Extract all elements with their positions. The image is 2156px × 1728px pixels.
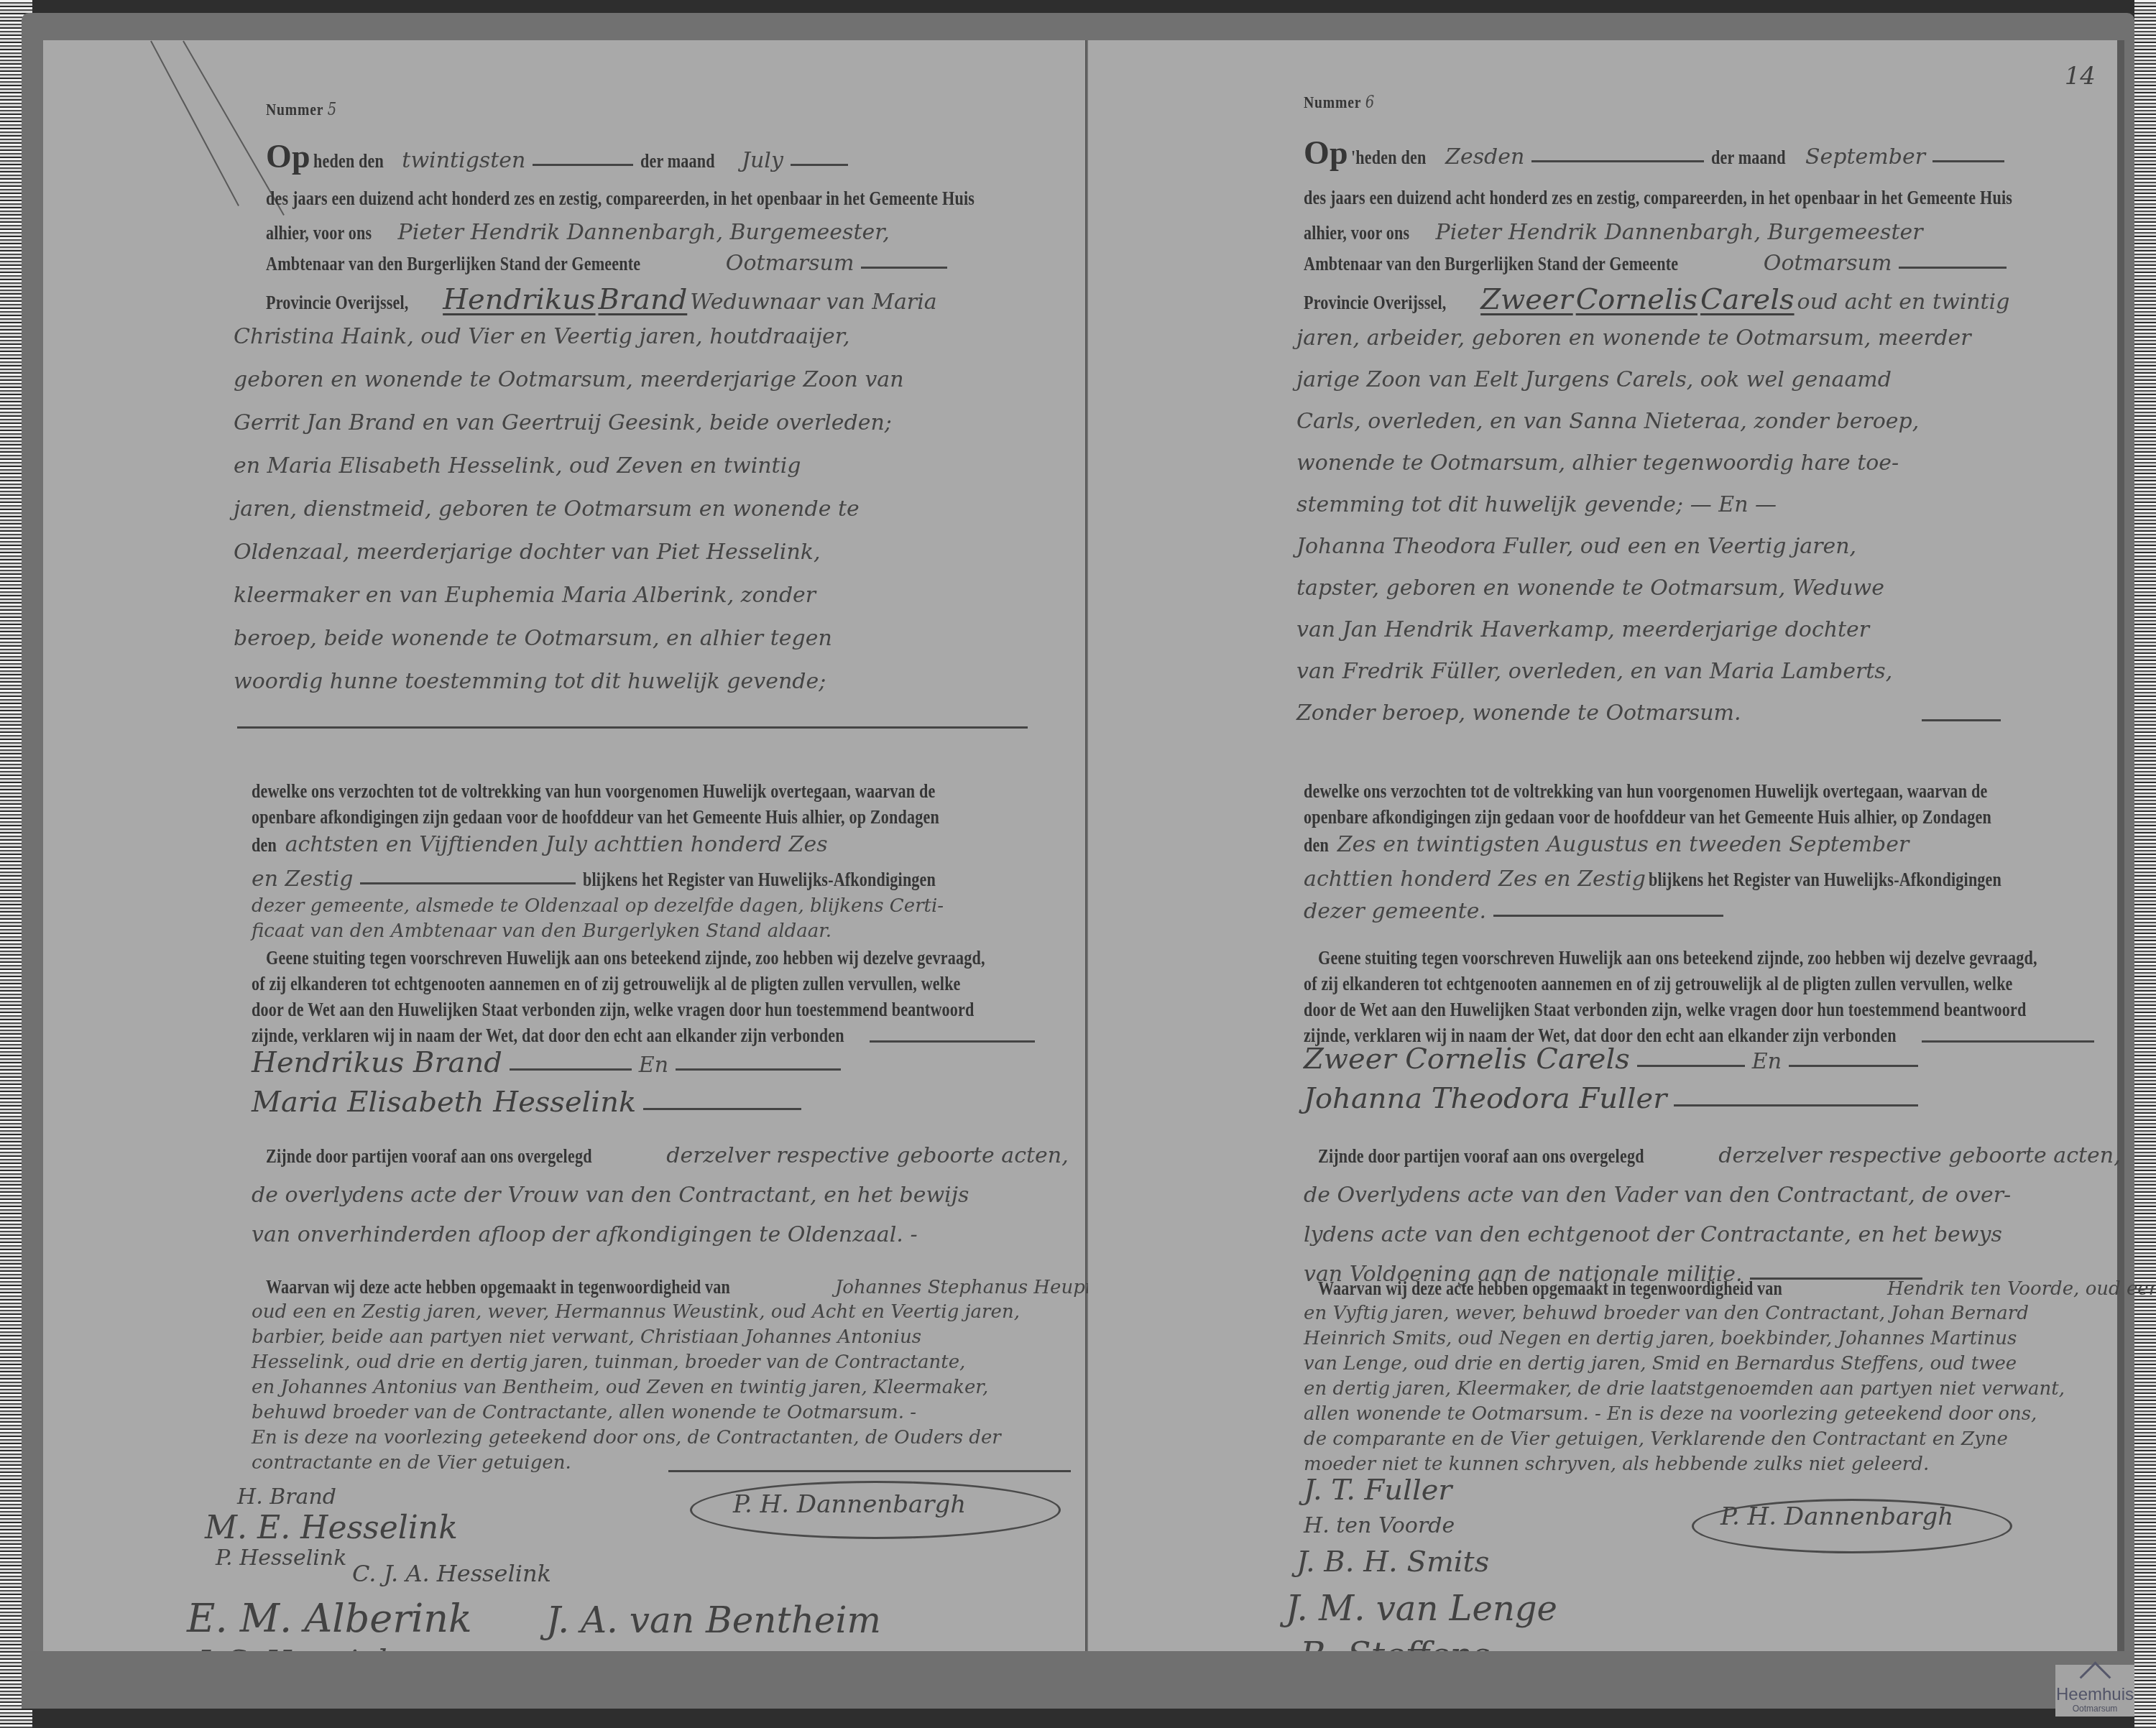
body-hw-line: jaren, dienstmeid, geboren te Ootmarsum … (234, 496, 860, 522)
fill-dash (668, 1470, 1071, 1472)
fill-dash (1922, 719, 2001, 721)
zijnde-hw-2: de overlydens acte der Vrouw van den Con… (252, 1183, 969, 1208)
geene-printed-4: zijnde, verklaren wij in naam der Wet, d… (252, 1025, 975, 1047)
zijnde-line: Zijnde door partijen vooraf aan ons over… (1318, 1143, 2121, 1168)
fill-dash (1531, 160, 1704, 162)
witness-hw: behuwd broeder van de Contractante, alle… (252, 1402, 916, 1423)
body-hw-line: tapster, geboren en wonende te Ootmarsum… (1296, 576, 1884, 601)
zijnde-line: Zijnde door partijen vooraf aan ons over… (266, 1143, 1069, 1168)
body-hw-line: stemming tot dit huwelijk gevende; — En … (1296, 492, 1777, 517)
right-page: 14 Nummer 6 Op 'heden den Zesden der maa… (1088, 40, 2124, 1671)
groom-first-name: Zweer (1480, 283, 1573, 316)
couple-bride-line: Maria Elisabeth Hesselink (252, 1086, 806, 1119)
body-hw-line: Christina Haink, oud Vier en Veertig jar… (234, 324, 849, 349)
witness-hw: en dertig jaren, Kleermaker, de drie laa… (1304, 1378, 2065, 1400)
signature-mother: E. M. Alberink (187, 1596, 472, 1641)
witness-hw: en Vyftig jaren, wever, behuwd broeder v… (1304, 1303, 2029, 1324)
witness-hw: Heinrich Smits, oud Negen en dertig jare… (1304, 1328, 2017, 1349)
nummer-value: 5 (328, 99, 337, 119)
body-hw-line: wonende te Ootmarsum, alhier tegenwoordi… (1296, 451, 1899, 476)
day-handwritten: Zesden (1445, 144, 1524, 170)
scan-edge-right (2134, 0, 2156, 1728)
bride-hw-line: Johanna Theodora Fuller, oud een en Veer… (1296, 534, 1856, 559)
groom-middle-name: Cornelis (1576, 283, 1697, 316)
geene-printed-3: door de Wet aan den Huwelijken Staat ver… (1304, 999, 2026, 1021)
body-hw-line: kleermaker en van Euphemia Maria Alberin… (234, 583, 816, 608)
section-rule (237, 726, 1028, 729)
geene-printed-3: door de Wet aan den Huwelijken Staat ver… (252, 999, 974, 1021)
body-hw-line: van Jan Hendrik Haverkamp, meerderjarige… (1296, 617, 1869, 642)
registrar-line: alhier, voor ons Pieter Hendrik Dannenba… (1304, 220, 1923, 245)
body-hw-line: Gerrit Jan Brand en van Geertruij Geesin… (234, 410, 892, 435)
signature-father: P. Hesselink (216, 1546, 346, 1571)
fill-dash (643, 1108, 801, 1110)
witness-hw: moeder niet te kunnen schryven, als hebb… (1304, 1454, 1929, 1475)
groom-first-name: Hendrikus (443, 283, 595, 316)
body-hw-line: woordig hunne toestemming tot dit huweli… (234, 669, 826, 694)
geene-printed-2: of zij elkanderen tot echtgenooten aanne… (1304, 973, 2013, 995)
afk-printed-2: openbare afkondigingen zijn gedaan voor … (1304, 806, 1991, 828)
witness-hw: barbier, beide aan partyen niet verwant,… (252, 1326, 921, 1348)
gemeente-line: Ambtenaar van den Burgerlijken Stand der… (266, 251, 952, 276)
registrar-name-hw: Pieter Hendrik Dannenbargh, Burgemeester (1435, 220, 1922, 245)
gemeente-line: Ambtenaar van den Burgerlijken Stand der… (1304, 251, 2011, 276)
printed-year-line: des jaars een duizend acht honderd zes e… (266, 188, 975, 210)
waarvan-line: Waarvan wij deze acte hebben opgemaakt i… (1318, 1277, 2156, 1300)
registrar-line: alhier, voor ons Pieter Hendrik Dannenba… (266, 220, 890, 245)
date-line: Op 'heden den Zesden der maand September (1304, 134, 2009, 172)
afk-printed-1: dewelke ons verzochten tot de voltrekkin… (1304, 780, 1987, 803)
body-hw-line: Carls, overleden, en van Sanna Nieteraa,… (1296, 409, 1919, 434)
month-handwritten: September (1805, 144, 1925, 170)
nummer-label: Nummer 5 (266, 99, 337, 120)
signature-witness-smits: J. B. H. Smits (1296, 1546, 1489, 1579)
signature-witness-cja: C. J. A. Hesselink (352, 1560, 551, 1587)
afk-dates-line: den achtsten en Vijftienden July achttie… (252, 832, 828, 857)
afk-hw-3: dezer gemeente, alsmede te Oldenzaal op … (252, 895, 944, 917)
fill-dash (1899, 267, 2007, 269)
nummer-label: Nummer 6 (1304, 92, 1375, 113)
body-hw-line: geboren en wonende te Ootmarsum, meerder… (234, 367, 904, 392)
afk-register-line: achttien honderd Zes en Zestig blijkens … (1304, 867, 2079, 892)
signature-registrar: P. H. Dannenbargh (733, 1490, 966, 1519)
signature-witness-lenge: J. M. van Lenge (1286, 1589, 1557, 1629)
pencil-stroke (150, 41, 239, 207)
witness-hw: Hesselink, oud drie en dertig jaren, tui… (252, 1352, 965, 1373)
fill-dash (1932, 160, 2004, 162)
witness-hw: En is deze na voorlezing geteekend door … (252, 1427, 1001, 1449)
body-hw-line: jaren, arbeider, geboren en wonende te O… (1296, 325, 1971, 351)
left-page: Nummer 5 Op heden den twintigsten der ma… (43, 40, 1087, 1671)
fill-dash (1493, 915, 1723, 917)
body-hw-line: beroep, beide wonende te Ootmarsum, en a… (234, 626, 832, 651)
fill-dash (1637, 1065, 1745, 1067)
fill-dash (1922, 1040, 2094, 1043)
groom-last-name: Carels (1700, 283, 1795, 316)
printed-year-line: des jaars een duizend acht honderd zes e… (1304, 187, 2012, 209)
afk-hw-3: dezer gemeente. (1304, 899, 1728, 924)
body-hw-line: Oldenzaal, meerderjarige dochter van Pie… (234, 540, 821, 565)
witness-hw: van Lenge, oud drie en dertig jaren, Smi… (1304, 1353, 2017, 1374)
fill-dash (1789, 1065, 1918, 1067)
geene-printed-1: Geene stuiting tegen voorschreven Huweli… (1318, 947, 2037, 969)
couple-bride-line: Johanna Theodora Fuller (1304, 1082, 1922, 1115)
folio-number: 14 (2065, 62, 2096, 91)
signature-bride: J. T. Fuller (1304, 1474, 1452, 1507)
afk-hw-4: ficaat van den Ambtenaar van den Burgerl… (252, 920, 831, 942)
afk-printed-1: dewelke ons verzochten tot de voltrekkin… (252, 780, 935, 803)
fill-dash (676, 1068, 841, 1071)
body-hw-line: van Fredrik Füller, overleden, en van Ma… (1296, 659, 1892, 684)
fill-dash (870, 1040, 1035, 1043)
fill-dash (1674, 1104, 1918, 1106)
day-handwritten: twintigsten (402, 148, 525, 173)
register-book: Nummer 5 Op heden den twintigsten der ma… (22, 13, 2134, 1709)
fill-dash (791, 164, 848, 166)
witness-hw: contractante en de Vier getuigen. (252, 1452, 571, 1474)
groom-last-name: Brand (599, 283, 688, 316)
nummer-value: 6 (1365, 92, 1375, 112)
body-hw-line: jarige Zoon van Eelt Jurgens Carels, ook… (1296, 367, 1892, 392)
zijnde-hw-3: lydens acte van den echtgenoot der Contr… (1304, 1222, 2002, 1247)
registrar-name-hw: Pieter Hendrik Dannenbargh, Burgemeester… (397, 220, 889, 245)
book-bottom-edge (22, 1651, 2134, 1709)
groom-line: Provincie Overijssel, Zweer Cornelis Car… (1304, 283, 2009, 316)
fill-dash (510, 1068, 632, 1071)
witness-hw: oud een en Zestig jaren, wever, Hermannu… (252, 1301, 1020, 1323)
zijnde-hw-2: de Overlydens acte van den Vader van den… (1304, 1183, 2011, 1208)
month-handwritten: July (742, 148, 783, 173)
fill-dash (861, 267, 947, 269)
gemeente-hw: Ootmarsum (1764, 251, 1892, 276)
fill-dash (533, 164, 633, 166)
groom-line: Provincie Overijssel, Hendrikus Brand We… (266, 283, 937, 316)
bride-hw-line: en Maria Elisabeth Hesselink, oud Zeven … (234, 453, 801, 479)
witness-hw: en Johannes Antonius van Bentheim, oud Z… (252, 1377, 988, 1398)
geene-printed-1: Geene stuiting tegen voorschreven Huweli… (266, 947, 985, 969)
zijnde-hw-3: van onverhinderden afloop der afkondigin… (252, 1222, 918, 1247)
signature-witness-tv: H. ten Voorde (1304, 1513, 1455, 1538)
signature-registrar: P. H. Dannenbargh (1720, 1502, 1953, 1531)
date-line: Op heden den twintigsten der maand July (266, 137, 852, 175)
witness-hw: allen wonende te Ootmarsum. - En is deze… (1304, 1403, 2037, 1425)
geene-printed-2: of zij elkanderen tot echtgenooten aanne… (252, 973, 961, 995)
gemeente-hw: Ootmarsum (726, 251, 854, 276)
signature-witness-vb: J. A. van Bentheim (546, 1599, 881, 1641)
couple-groom-line: Zweer Cornelis Carels En (1304, 1043, 1922, 1076)
signature-bride: M. E. Hesselink (205, 1510, 458, 1546)
heemhuis-logo: Heemhuis Ootmarsum (2055, 1665, 2134, 1717)
waarvan-line: Waarvan wij deze acte hebben opgemaakt i… (266, 1276, 1115, 1298)
signature-groom: H. Brand (237, 1484, 336, 1510)
fill-dash (360, 882, 576, 884)
witness-hw: de comparante en de Vier getuigen, Verkl… (1304, 1428, 2008, 1450)
afk-printed-2: openbare afkondigingen zijn gedaan voor … (252, 806, 939, 828)
afk-register-line: en Zestig blijkens het Register van Huwe… (252, 867, 1013, 892)
couple-groom-line: Hendrikus Brand En (252, 1046, 845, 1079)
body-hw-line: Zonder beroep, wonende te Ootmarsum. (1296, 701, 1741, 726)
afk-dates-line: den Zes en twintigsten Augustus en tweed… (1304, 832, 1909, 857)
